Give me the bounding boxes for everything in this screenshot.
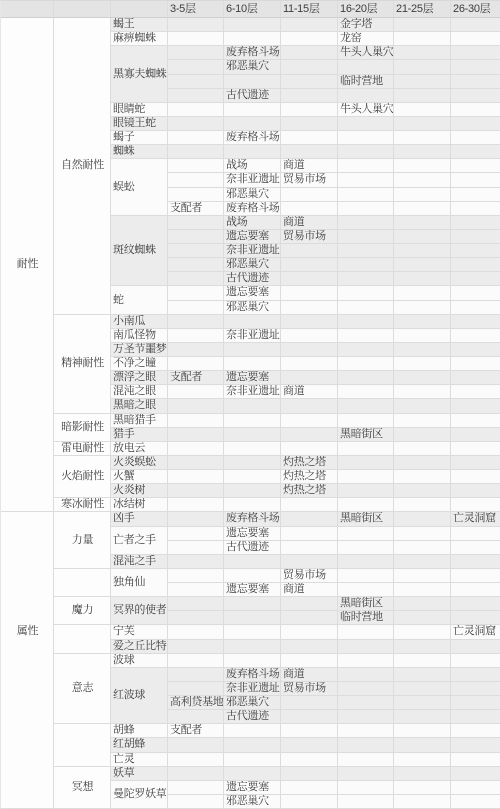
location-cell — [451, 597, 500, 611]
location-cell — [451, 470, 500, 484]
location-cell — [224, 569, 281, 583]
location-cell — [168, 569, 224, 583]
creature-name: 蜘蛛 — [111, 145, 168, 159]
location-cell — [394, 117, 451, 131]
location-cell — [451, 555, 500, 569]
location-cell — [394, 625, 451, 639]
location-cell — [168, 385, 224, 399]
creature-name: 混沌之手 — [111, 555, 168, 569]
location-cell — [394, 272, 451, 286]
location-cell — [281, 60, 338, 74]
location-cell — [281, 541, 338, 555]
location-cell — [394, 357, 451, 371]
location-cell: 贸易市场 — [281, 682, 338, 696]
location-cell — [281, 738, 338, 752]
location-cell — [168, 498, 224, 512]
location-cell — [338, 498, 394, 512]
floor-header: 21-25层 — [394, 1, 451, 18]
location-cell — [168, 60, 224, 74]
location-cell: 黑暗街区 — [338, 597, 394, 611]
location-cell — [224, 738, 281, 752]
floor-header: 26-30层 — [451, 1, 500, 18]
location-cell — [338, 456, 394, 470]
location-cell — [281, 117, 338, 131]
location-cell: 黑暗街区 — [338, 428, 394, 442]
location-cell: 古代遗迹 — [224, 272, 281, 286]
location-cell — [338, 117, 394, 131]
location-cell — [281, 32, 338, 46]
subgroup-label: 精神耐性 — [54, 315, 111, 414]
location-cell: 商道 — [281, 668, 338, 682]
subgroup-label: 雷电耐性 — [54, 442, 111, 456]
location-cell — [168, 258, 224, 272]
location-cell — [394, 555, 451, 569]
location-cell: 高利贷基地 — [168, 696, 224, 710]
location-cell — [224, 753, 281, 767]
location-cell: 商道 — [281, 216, 338, 230]
location-cell — [168, 75, 224, 89]
location-cell — [168, 682, 224, 696]
location-cell — [394, 188, 451, 202]
creature-name: 眼镜王蛇 — [111, 117, 168, 131]
location-cell — [451, 385, 500, 399]
location-cell — [451, 611, 500, 625]
location-cell — [338, 738, 394, 752]
location-cell — [281, 75, 338, 89]
location-cell — [394, 89, 451, 103]
location-cell — [224, 654, 281, 668]
creature-name: 亡者之手 — [111, 527, 168, 555]
location-cell — [224, 117, 281, 131]
location-cell — [451, 682, 500, 696]
location-cell — [394, 286, 451, 300]
location-cell — [451, 46, 500, 60]
location-cell — [394, 767, 451, 781]
location-cell — [168, 357, 224, 371]
location-cell — [168, 654, 224, 668]
location-cell — [224, 103, 281, 117]
location-cell — [451, 315, 500, 329]
location-cell — [394, 498, 451, 512]
creature-name: 不净之瞳 — [111, 357, 168, 371]
location-cell — [451, 399, 500, 413]
creature-name: 火炎树 — [111, 484, 168, 498]
location-cell — [451, 173, 500, 187]
location-cell — [168, 46, 224, 60]
location-cell — [281, 343, 338, 357]
location-cell — [451, 724, 500, 738]
location-cell — [338, 258, 394, 272]
creature-name: 混沌之眼 — [111, 385, 168, 399]
location-cell — [394, 329, 451, 343]
creature-name: 亡灵 — [111, 753, 168, 767]
location-cell — [394, 710, 451, 724]
location-cell — [338, 371, 394, 385]
location-cell — [394, 60, 451, 74]
creature-name: 眼睛蛇 — [111, 103, 168, 117]
creature-name: 放电云 — [111, 442, 168, 456]
creature-name: 独角仙 — [111, 569, 168, 597]
creature-name: 蝎子 — [111, 131, 168, 145]
location-cell: 古代遗迹 — [224, 710, 281, 724]
location-cell — [224, 414, 281, 428]
location-cell — [281, 258, 338, 272]
location-cell — [451, 710, 500, 724]
location-cell: 临时营地 — [338, 611, 394, 625]
location-cell — [338, 442, 394, 456]
location-cell — [281, 781, 338, 795]
location-cell — [394, 75, 451, 89]
location-cell — [168, 230, 224, 244]
location-cell — [168, 781, 224, 795]
location-cell — [281, 654, 338, 668]
floor-header: 16-20层 — [338, 1, 394, 18]
location-cell — [281, 399, 338, 413]
location-cell — [394, 541, 451, 555]
location-cell — [281, 103, 338, 117]
location-cell — [338, 399, 394, 413]
subgroup-label-empty — [54, 569, 111, 597]
location-cell — [338, 202, 394, 216]
subgroup-label: 冥想 — [54, 767, 111, 809]
location-cell — [338, 555, 394, 569]
location-cell — [224, 442, 281, 456]
location-cell — [451, 301, 500, 315]
creature-name: 黑暗猎手 — [111, 414, 168, 428]
location-cell — [394, 230, 451, 244]
creature-name: 蜈蚣 — [111, 159, 168, 216]
location-cell — [168, 188, 224, 202]
subgroup-label: 寒冰耐性 — [54, 498, 111, 512]
location-cell — [451, 668, 500, 682]
creature-name: 蛇 — [111, 286, 168, 314]
subgroup-label: 火焰耐性 — [54, 456, 111, 498]
location-cell — [394, 32, 451, 46]
creature-name: 南瓜怪物 — [111, 329, 168, 343]
location-cell — [224, 555, 281, 569]
location-cell — [338, 724, 394, 738]
location-cell — [168, 159, 224, 173]
location-cell — [394, 18, 451, 32]
creature-name: 蝎王 — [111, 18, 168, 32]
location-cell — [451, 795, 500, 809]
creature-name: 斑纹蜘蛛 — [111, 216, 168, 287]
location-cell — [168, 597, 224, 611]
location-cell — [168, 343, 224, 357]
location-cell — [168, 456, 224, 470]
location-cell — [451, 329, 500, 343]
location-cell — [394, 131, 451, 145]
location-cell — [451, 159, 500, 173]
location-cell: 古代遗迹 — [224, 541, 281, 555]
location-cell — [394, 371, 451, 385]
location-cell — [394, 738, 451, 752]
location-cell — [394, 470, 451, 484]
creature-name: 火蟹 — [111, 470, 168, 484]
location-cell — [168, 216, 224, 230]
location-cell — [338, 357, 394, 371]
location-cell — [394, 159, 451, 173]
location-cell — [338, 668, 394, 682]
location-cell — [168, 640, 224, 654]
creature-name: 宁芙 — [111, 625, 168, 639]
location-cell — [168, 541, 224, 555]
location-cell — [168, 611, 224, 625]
location-cell — [338, 484, 394, 498]
location-cell — [281, 555, 338, 569]
location-cell — [168, 32, 224, 46]
location-cell: 邪恶巢穴 — [224, 60, 281, 74]
location-cell — [394, 456, 451, 470]
location-cell — [224, 75, 281, 89]
location-cell — [338, 625, 394, 639]
location-cell — [394, 654, 451, 668]
location-cell — [338, 470, 394, 484]
location-cell — [224, 357, 281, 371]
location-cell — [451, 89, 500, 103]
location-cell — [338, 244, 394, 258]
location-cell — [451, 753, 500, 767]
location-cell — [394, 597, 451, 611]
location-cell — [281, 625, 338, 639]
location-cell — [281, 202, 338, 216]
location-cell: 灼热之塔 — [281, 470, 338, 484]
location-cell — [168, 583, 224, 597]
location-cell — [338, 216, 394, 230]
location-cell — [451, 442, 500, 456]
location-cell — [168, 470, 224, 484]
location-cell — [224, 625, 281, 639]
creature-name: 黑暗之眼 — [111, 399, 168, 413]
creature-name: 万圣节噩梦 — [111, 343, 168, 357]
location-cell: 商道 — [281, 159, 338, 173]
location-cell — [451, 640, 500, 654]
location-cell — [281, 442, 338, 456]
location-cell — [281, 46, 338, 60]
location-cell — [338, 159, 394, 173]
location-cell — [224, 343, 281, 357]
location-cell — [224, 32, 281, 46]
location-cell — [168, 442, 224, 456]
location-cell — [281, 145, 338, 159]
location-cell — [338, 527, 394, 541]
location-cell — [338, 569, 394, 583]
subgroup-label-empty — [54, 625, 111, 653]
location-cell — [338, 188, 394, 202]
location-cell — [224, 498, 281, 512]
location-cell — [451, 654, 500, 668]
location-cell — [394, 682, 451, 696]
location-cell — [394, 244, 451, 258]
location-cell — [451, 230, 500, 244]
location-cell — [394, 414, 451, 428]
location-cell: 遗忘要塞 — [224, 286, 281, 300]
location-cell — [224, 399, 281, 413]
location-cell: 贸易市场 — [281, 230, 338, 244]
location-cell — [394, 668, 451, 682]
header-spacer-cell — [1, 1, 54, 18]
location-cell — [451, 117, 500, 131]
subgroup-label: 暗影耐性 — [54, 414, 111, 442]
location-cell — [451, 286, 500, 300]
location-cell — [338, 795, 394, 809]
creature-name: 凶手 — [111, 512, 168, 526]
location-cell — [168, 555, 224, 569]
location-cell — [281, 767, 338, 781]
location-cell — [281, 286, 338, 300]
location-cell — [168, 131, 224, 145]
creature-name: 爱之丘比特 — [111, 640, 168, 654]
location-cell — [338, 343, 394, 357]
location-cell — [281, 597, 338, 611]
creature-location-table: 3-5层6-10层11-15层16-20层21-25层26-30层耐性自然耐性蝎… — [0, 0, 500, 809]
creature-name: 冥界的使者 — [111, 597, 168, 625]
location-cell — [281, 428, 338, 442]
location-cell — [281, 244, 338, 258]
location-cell — [451, 258, 500, 272]
location-cell — [281, 131, 338, 145]
location-cell — [394, 781, 451, 795]
location-cell: 遗忘要塞 — [224, 781, 281, 795]
location-cell — [338, 272, 394, 286]
location-cell — [338, 385, 394, 399]
location-cell — [394, 103, 451, 117]
location-cell: 废弃格斗场 — [224, 131, 281, 145]
location-cell — [281, 512, 338, 526]
location-cell — [338, 230, 394, 244]
location-cell — [281, 371, 338, 385]
subgroup-label: 力量 — [54, 512, 111, 569]
location-cell — [394, 753, 451, 767]
location-cell: 临时营地 — [338, 75, 394, 89]
location-cell: 牛头人巢穴 — [338, 46, 394, 60]
location-cell: 遗忘要塞 — [224, 230, 281, 244]
location-cell: 亡灵洞窟 — [451, 625, 500, 639]
location-cell — [338, 301, 394, 315]
category-label: 属性 — [1, 512, 54, 809]
location-cell — [451, 781, 500, 795]
location-cell: 邪恶巢穴 — [224, 696, 281, 710]
location-cell — [168, 512, 224, 526]
subgroup-label: 意志 — [54, 654, 111, 725]
location-cell — [451, 188, 500, 202]
location-cell: 支配者 — [168, 202, 224, 216]
location-cell — [224, 484, 281, 498]
location-cell — [338, 767, 394, 781]
location-cell — [394, 258, 451, 272]
location-cell — [168, 89, 224, 103]
location-cell: 奈非亚遗址 — [224, 329, 281, 343]
location-cell — [224, 428, 281, 442]
location-cell — [168, 414, 224, 428]
location-cell — [281, 315, 338, 329]
location-cell — [281, 301, 338, 315]
location-cell — [394, 343, 451, 357]
location-cell — [168, 329, 224, 343]
location-cell: 战场 — [224, 159, 281, 173]
location-cell — [451, 32, 500, 46]
location-cell — [224, 597, 281, 611]
location-cell — [394, 145, 451, 159]
location-cell — [394, 696, 451, 710]
creature-name: 火炎蜈蚣 — [111, 456, 168, 470]
location-cell — [338, 696, 394, 710]
location-cell — [394, 315, 451, 329]
location-cell — [451, 767, 500, 781]
location-cell — [224, 611, 281, 625]
location-cell — [224, 767, 281, 781]
location-cell — [451, 414, 500, 428]
location-cell — [338, 89, 394, 103]
location-cell — [394, 216, 451, 230]
location-cell — [451, 484, 500, 498]
location-cell — [168, 484, 224, 498]
location-cell — [451, 103, 500, 117]
location-cell — [394, 583, 451, 597]
location-cell — [168, 767, 224, 781]
location-cell — [394, 611, 451, 625]
location-cell — [338, 682, 394, 696]
location-cell: 废弃格斗场 — [224, 46, 281, 60]
location-cell — [451, 541, 500, 555]
location-cell — [451, 343, 500, 357]
location-cell — [394, 795, 451, 809]
location-cell: 贸易市场 — [281, 569, 338, 583]
location-cell — [394, 46, 451, 60]
location-cell — [394, 442, 451, 456]
location-cell — [451, 131, 500, 145]
location-cell: 龙窑 — [338, 32, 394, 46]
location-cell — [281, 724, 338, 738]
location-cell — [451, 216, 500, 230]
location-cell — [224, 640, 281, 654]
location-cell — [168, 668, 224, 682]
creature-name: 猎手 — [111, 428, 168, 442]
location-cell: 亡灵洞窟 — [451, 512, 500, 526]
location-cell — [338, 414, 394, 428]
location-cell: 黑暗街区 — [338, 512, 394, 526]
floor-header: 6-10层 — [224, 1, 281, 18]
location-cell: 废弃格斗场 — [224, 202, 281, 216]
location-cell — [338, 315, 394, 329]
location-cell — [168, 625, 224, 639]
location-cell — [451, 569, 500, 583]
location-cell — [168, 527, 224, 541]
location-cell — [338, 654, 394, 668]
location-cell — [338, 286, 394, 300]
location-cell — [224, 470, 281, 484]
location-cell: 支配者 — [168, 371, 224, 385]
location-cell: 牛头人巢穴 — [338, 103, 394, 117]
floor-header: 11-15层 — [281, 1, 338, 18]
location-cell: 灼热之塔 — [281, 484, 338, 498]
location-cell — [394, 527, 451, 541]
location-cell — [338, 781, 394, 795]
location-cell — [451, 202, 500, 216]
location-cell — [281, 640, 338, 654]
location-cell — [394, 173, 451, 187]
location-cell — [451, 456, 500, 470]
location-cell: 遗忘要塞 — [224, 527, 281, 541]
location-cell — [281, 18, 338, 32]
location-cell — [394, 484, 451, 498]
location-cell: 废弃格斗场 — [224, 512, 281, 526]
location-cell — [338, 60, 394, 74]
location-cell — [281, 753, 338, 767]
location-cell — [451, 498, 500, 512]
location-cell — [168, 399, 224, 413]
header-spacer-cell — [111, 1, 168, 18]
